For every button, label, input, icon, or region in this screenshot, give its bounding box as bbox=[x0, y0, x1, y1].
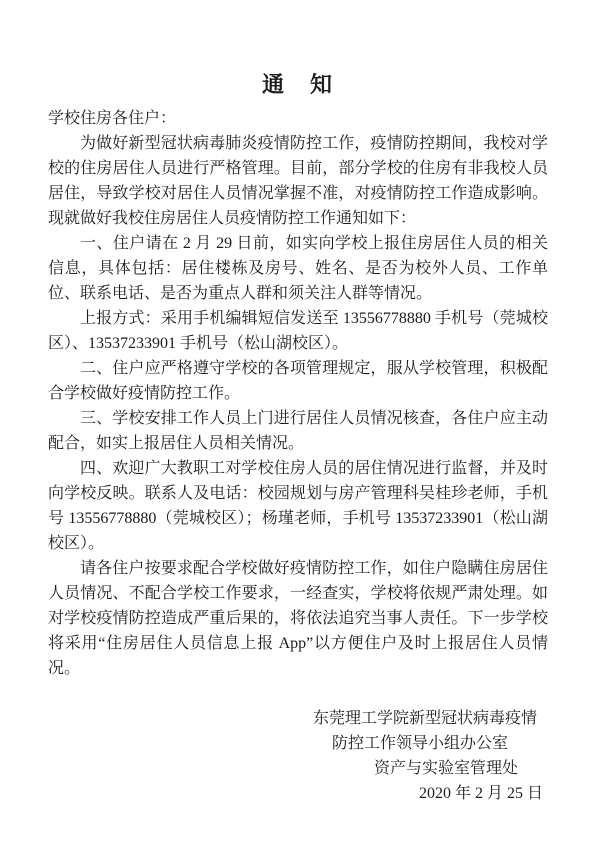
paragraph-item-4: 四、欢迎广大教职工对学校住房人员的居住情况进行监督，并及时向学校反映。联系人及电… bbox=[48, 456, 548, 556]
signature-block: 东莞理工学院新型冠状病毒疫情 防控工作领导小组办公室 资产与实验室管理处 202… bbox=[48, 706, 548, 806]
signature-org-line-3: 资产与实验室管理处 bbox=[48, 756, 548, 781]
document-title: 通 知 bbox=[48, 70, 548, 100]
signature-org-line-1: 东莞理工学院新型冠状病毒疫情 bbox=[48, 706, 548, 731]
paragraph-closing: 请各住户按要求配合学校做好疫情防控工作，如住户隐瞒住房居住人员情况、不配合学校工… bbox=[48, 556, 548, 681]
notice-document-page: 通 知 学校住房各住户： 为做好新型冠状病毒肺炎疫情防控工作，疫情防控期间，我校… bbox=[0, 0, 595, 841]
paragraph-intro: 为做好新型冠状病毒肺炎疫情防控工作，疫情防控期间，我校对学校的住房居住人员进行严… bbox=[48, 131, 548, 231]
paragraph-report-method: 上报方式：采用手机编辑短信发送至 13556778880 手机号（莞城校区）、1… bbox=[48, 306, 548, 356]
signature-date: 2020 年 2 月 25 日 bbox=[48, 781, 548, 806]
paragraph-item-3: 三、学校安排工作人员上门进行居住人员情况核查，各住户应主动配合，如实上报居住人员… bbox=[48, 406, 548, 456]
salutation-line: 学校住房各住户： bbox=[48, 106, 548, 131]
paragraph-item-1: 一、住户请在 2 月 29 日前，如实向学校上报住房居住人员的相关信息，具体包括… bbox=[48, 231, 548, 306]
signature-org-line-2: 防控工作领导小组办公室 bbox=[48, 731, 548, 756]
paragraph-item-2: 二、住户应严格遵守学校的各项管理规定，服从学校管理，积极配合学校做好疫情防控工作… bbox=[48, 356, 548, 406]
